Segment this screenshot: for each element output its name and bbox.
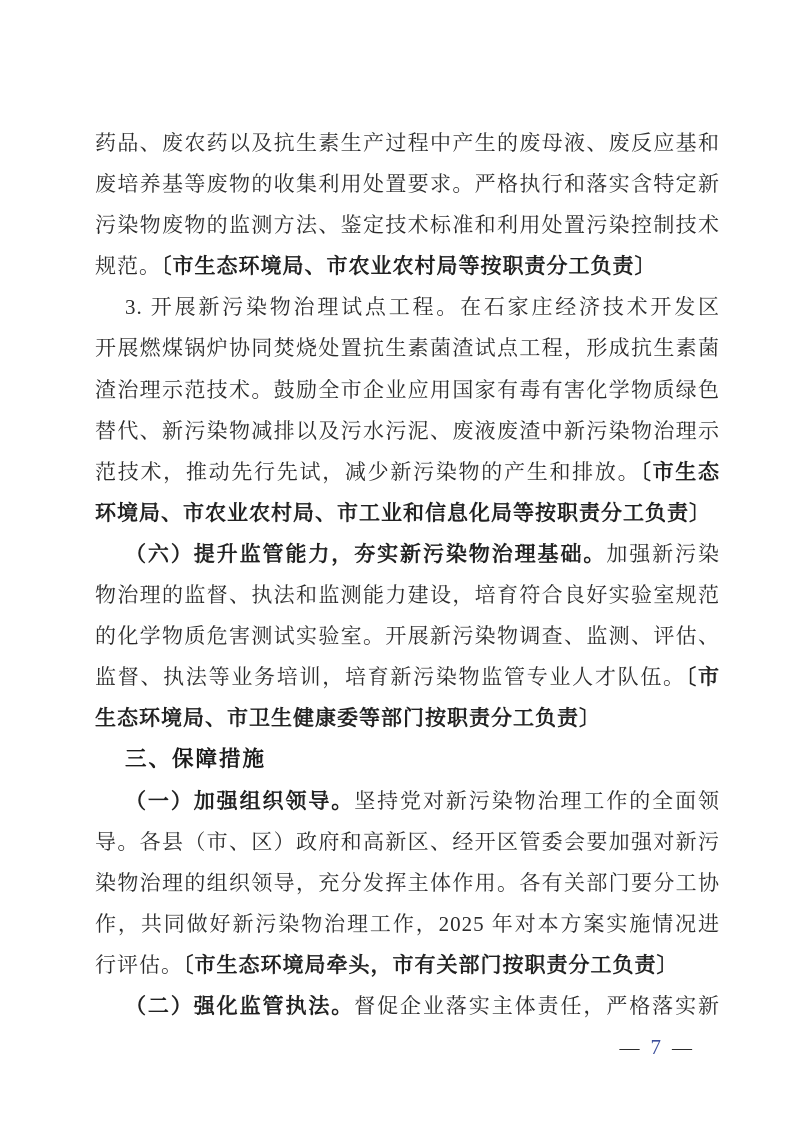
text-segment: 导。各县（市、区）政府和高新区、经开区管委会要加强对新污 bbox=[95, 830, 720, 854]
document-page: 药品、废农药以及抗生素生产过程中产生的废母液、废反应基和废培养基等废物的收集利用… bbox=[0, 0, 806, 1146]
text-line: 开展燃煤锅炉协同焚烧处置抗生素菌渣试点工程，形成抗生素菌 bbox=[95, 328, 720, 369]
page-number: 7 bbox=[651, 1034, 662, 1060]
text-segment: （一）加强组织领导。 bbox=[125, 789, 354, 813]
section-heading: 三、保障措施 bbox=[125, 747, 266, 771]
text-segment: 〔市生态 bbox=[640, 460, 720, 484]
text-segment: 督促企业落实主体责任，严格落实新 bbox=[354, 994, 720, 1018]
text-segment: （二）强化监管执法。 bbox=[125, 994, 354, 1018]
text-line: 染物治理的组织领导，充分发挥主体作用。各有关部门要分工协 bbox=[95, 863, 720, 904]
text-line: （二）强化监管执法。督促企业落实主体责任，严格落实新 bbox=[95, 986, 720, 1027]
text-line: 替代、新污染物减排以及污水污泥、废液废渣中新污染物治理示 bbox=[95, 411, 720, 452]
text-line: 生态环境局、市卫生健康委等部门按职责分工负责〕 bbox=[95, 698, 720, 739]
text-line: 范技术，推动先行先试，减少新污染物的产生和排放。〔市生态 bbox=[95, 452, 720, 493]
text-line: 污染物废物的监测方法、鉴定技术标准和利用处置污染控制技术 bbox=[95, 205, 720, 246]
text-line: 物治理的监督、执法和监测能力建设，培育符合良好实验室规范 bbox=[95, 575, 720, 616]
text-segment: 废培养基等废物的收集利用处置要求。严格执行和落实含特定新 bbox=[95, 172, 720, 196]
text-segment: 行评估。 bbox=[95, 953, 183, 977]
text-segment: 的化学物质危害测试实验室。开展新污染物调查、监测、评估、 bbox=[95, 624, 720, 648]
text-segment: 替代、新污染物减排以及污水污泥、废液废渣中新污染物治理示 bbox=[95, 419, 720, 443]
text-segment: 药品、废农药以及抗生素生产过程中产生的废母液、废反应基和 bbox=[95, 131, 720, 155]
text-line: （一）加强组织领导。坚持党对新污染物治理工作的全面领 bbox=[95, 781, 720, 822]
text-segment: 渣治理示范技术。鼓励全市企业应用国家有毒有害化学物质绿色 bbox=[95, 378, 720, 402]
text-segment: 开展燃煤锅炉协同焚烧处置抗生素菌渣试点工程，形成抗生素菌 bbox=[95, 336, 720, 360]
footer-dash-right: — bbox=[672, 1037, 692, 1059]
text-segment: 范技术，推动先行先试，减少新污染物的产生和排放。 bbox=[95, 460, 640, 484]
text-segment: 污染物废物的监测方法、鉴定技术标准和利用处置污染控制技术 bbox=[95, 213, 720, 237]
text-segment: 染物治理的组织领导，充分发挥主体作用。各有关部门要分工协 bbox=[95, 871, 720, 895]
text-line: 导。各县（市、区）政府和高新区、经开区管委会要加强对新污 bbox=[95, 822, 720, 863]
text-line: 药品、废农药以及抗生素生产过程中产生的废母液、废反应基和 bbox=[95, 123, 720, 164]
text-line: 渣治理示范技术。鼓励全市企业应用国家有毒有害化学物质绿色 bbox=[95, 370, 720, 411]
text-segment: （六）提升监管能力，夯实新污染物治理基础。 bbox=[125, 542, 606, 566]
text-line: 监督、执法等业务培训，培育新污染物监管专业人才队伍。〔市 bbox=[95, 657, 720, 698]
text-segment: 3. 开展新污染物治理试点工程。在石家庄经济技术开发区 bbox=[125, 295, 720, 319]
text-segment: 〔市生态环境局牵头，市有关部门按职责分工负责〕 bbox=[183, 953, 679, 977]
document-body: 药品、废农药以及抗生素生产过程中产生的废母液、废反应基和废培养基等废物的收集利用… bbox=[95, 123, 720, 1027]
text-line: 三、保障措施 bbox=[95, 739, 720, 780]
text-segment: 〔市 bbox=[686, 665, 720, 689]
text-segment: 物治理的监督、执法和监测能力建设，培育符合良好实验室规范 bbox=[95, 583, 720, 607]
text-segment: 生态环境局、市卫生健康委等部门按职责分工负责〕 bbox=[95, 706, 601, 730]
text-line: （六）提升监管能力，夯实新污染物治理基础。加强新污染 bbox=[95, 534, 720, 575]
text-line: 3. 开展新污染物治理试点工程。在石家庄经济技术开发区 bbox=[95, 287, 720, 328]
footer-dash-left: — bbox=[620, 1037, 640, 1059]
text-segment: 作，共同做好新污染物治理工作，2025 年对本方案实施情况进 bbox=[95, 912, 720, 936]
text-line: 废培养基等废物的收集利用处置要求。严格执行和落实含特定新 bbox=[95, 164, 720, 205]
text-segment: 坚持党对新污染物治理工作的全面领 bbox=[354, 789, 720, 813]
text-line: 规范。〔市生态环境局、市农业农村局等按职责分工负责〕 bbox=[95, 246, 720, 287]
text-line: 作，共同做好新污染物治理工作，2025 年对本方案实施情况进 bbox=[95, 904, 720, 945]
page-footer: —7— bbox=[620, 1034, 693, 1060]
text-line: 环境局、市农业农村局、市工业和信息化局等按职责分工负责〕 bbox=[95, 493, 720, 534]
text-segment: 监督、执法等业务培训，培育新污染物监管专业人才队伍。 bbox=[95, 665, 686, 689]
text-segment: 〔市生态环境局、市农业农村局等按职责分工负责〕 bbox=[161, 254, 657, 278]
text-line: 的化学物质危害测试实验室。开展新污染物调查、监测、评估、 bbox=[95, 616, 720, 657]
text-segment: 加强新污染 bbox=[606, 542, 720, 566]
text-segment: 环境局、市农业农村局、市工业和信息化局等按职责分工负责〕 bbox=[95, 501, 711, 525]
text-line: 行评估。〔市生态环境局牵头，市有关部门按职责分工负责〕 bbox=[95, 945, 720, 986]
text-segment: 规范。 bbox=[95, 254, 161, 278]
